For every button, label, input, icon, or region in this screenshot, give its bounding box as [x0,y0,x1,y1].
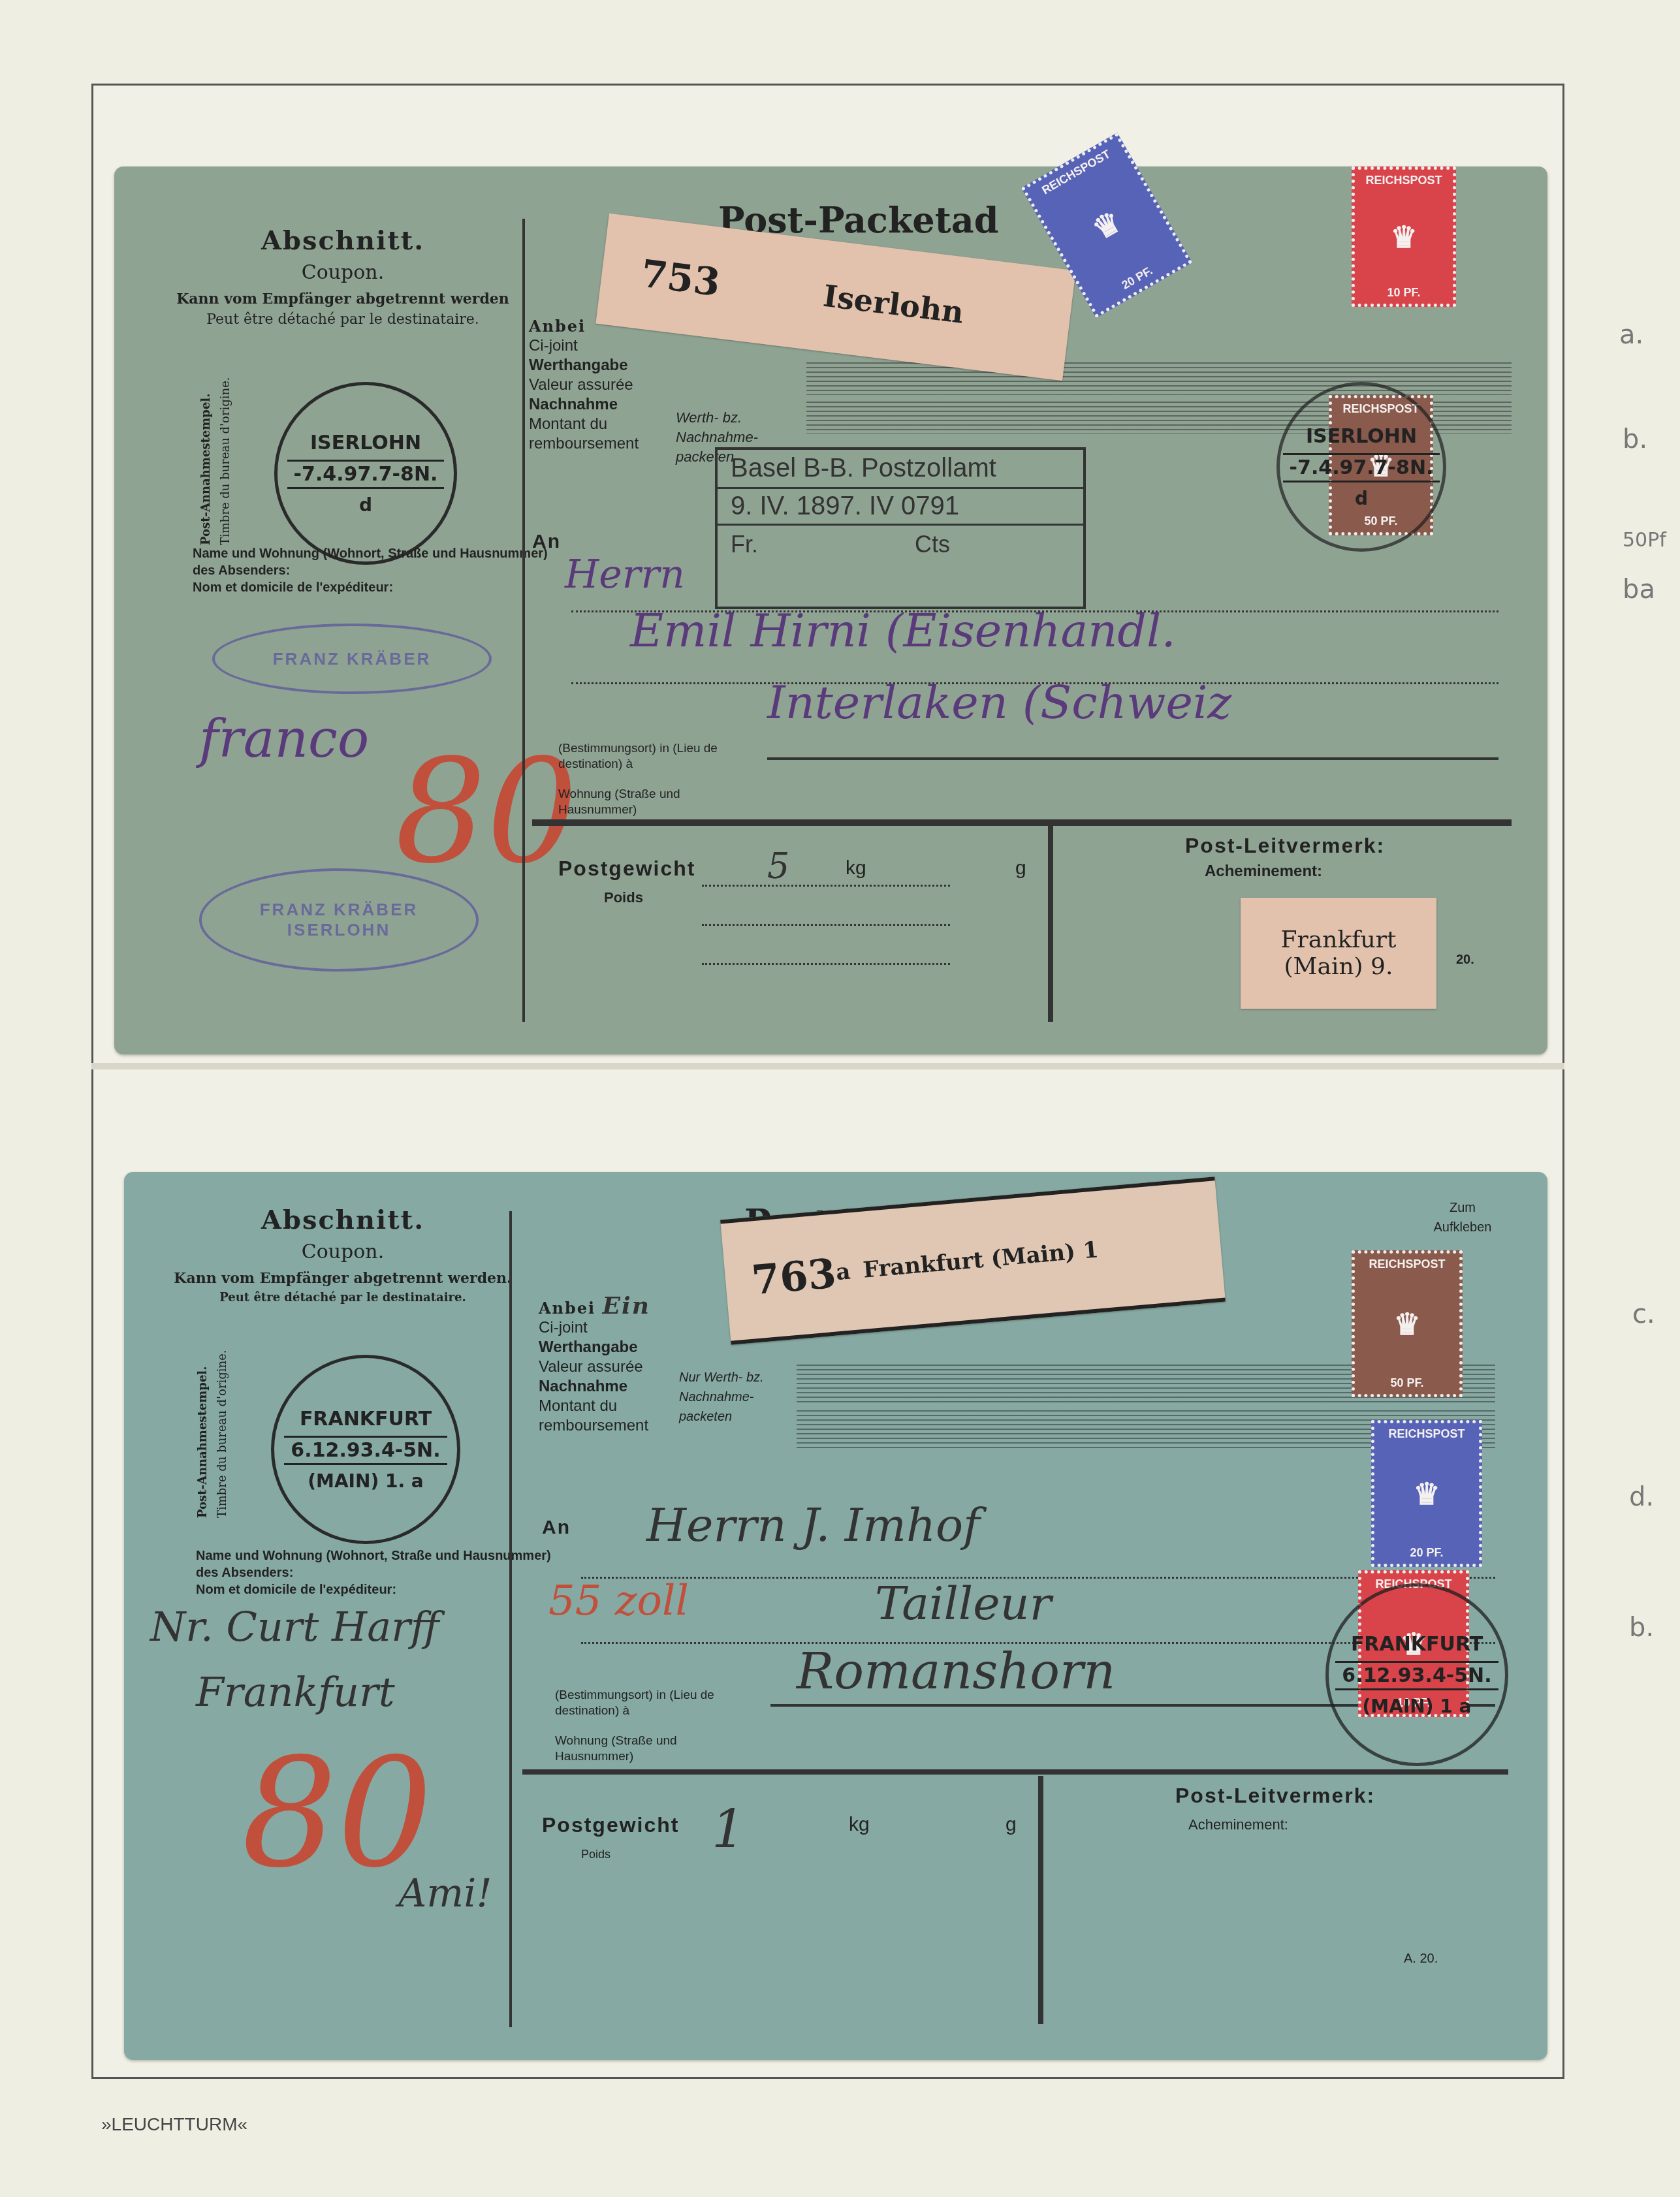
form-number: 20. [1456,950,1474,970]
sender-label: Name und Wohnung (Wohnort, Straße und Ha… [196,1547,562,1598]
annotation-b: b. [1623,424,1647,454]
sender-label: Name und Wohnung (Wohnort, Straße und Ha… [193,545,558,596]
page-divider [91,1063,1564,1069]
address-label: An [542,1518,571,1538]
annotation-b2: b. [1629,1613,1654,1643]
coupon-separator-line [522,219,525,1022]
coupon-heading: Abschnitt. [160,1205,526,1235]
destination-line [767,757,1498,760]
poids-label: Poids [604,888,643,908]
coupon-note-fr: Peut être détaché par le destinataire. [160,311,526,328]
parcel-number: 753 [639,251,722,305]
origin-postmark: FRANKFURT 6.12.93.4-5N. (MAIN) 1. a [271,1355,460,1544]
address-line-1 [571,610,1498,612]
stamp-10pf-red: REICHSPOST ♛ 10 PF. [1352,166,1456,307]
annotation-c: c. [1632,1299,1655,1329]
weight-line-2 [702,924,950,926]
weight-line-3 [702,963,950,965]
section-divider [532,819,1512,826]
annotation-ba: ba [1623,575,1655,605]
eagle-icon: ♛ [1393,1309,1420,1339]
werth-note: Nur Werth- bz. Nachnahme-packeten [679,1368,790,1427]
vertical-label-fr: Timbre du bureau d'origine. [219,362,232,545]
coupon-section: Abschnitt. Coupon. Kann vom Empfänger ab… [160,225,526,328]
coupon-subheading: Coupon. [160,1241,526,1263]
stamp-20pf-blue: REICHSPOST ♛ 20 PF. [1371,1420,1482,1567]
destination-label: (Bestimmungsort) in (Lieu de destination… [555,1688,751,1719]
red-crayon-mark: 80 [395,728,578,895]
stamp-cancel-postmark: FRANKFURT 6.12.93.4-5N. (MAIN) 1 a [1325,1583,1508,1766]
coupon-note-fr: Peut être détaché par le destinataire. [160,1291,526,1304]
vertical-label-fr: Timbre du bureau d'origine. [215,1329,229,1518]
parcel-card-iserlohn: Abschnitt. Coupon. Kann vom Empfänger ab… [114,166,1547,1054]
origin-postmark: ISERLOHN -7.4.97.7-8N. d [274,382,457,565]
leitvermerk-label: Post-Leitvermerk: [1175,1786,1375,1805]
sender-handwritten-1: Nr. Curt Harff [150,1603,439,1651]
corner-note: Zum Aufkleben [1423,1198,1502,1237]
parcel-number-suffix: a [834,1259,851,1286]
eagle-icon: ♛ [1413,1479,1440,1509]
parcel-card-frankfurt: Abschnitt. Coupon. Kann vom Empfänger ab… [124,1172,1547,2060]
routing-label: Frankfurt (Main) 9. [1241,898,1436,1009]
wohnung-label: Wohnung (Straße und Hausnummer) [558,787,754,818]
parcel-number: 763 [750,1249,838,1304]
destination-label: (Bestimmungsort) in (Lieu de destination… [558,741,754,772]
weight-unit-kg: kg [849,1815,870,1835]
recipient-line-1: Herrn [565,552,685,597]
postgewicht-label: Postgewicht [558,859,695,878]
sender-oval-stamp: FRANZ KRÄBER [212,624,492,694]
coupon-note-de: Kann vom Empfänger abgetrennt werden. [160,1270,526,1287]
value-fields-labels: Anbei Ein Ci-joint Werthangabe Valeur as… [539,1296,669,1436]
coupon-section: Abschnitt. Coupon. Kann vom Empfänger ab… [160,1205,526,1304]
value-fields-labels: Anbei Ci-joint Werthangabe Valeur assuré… [529,317,659,454]
address-label: An [532,532,561,552]
sender-handwritten-2: Frankfurt [196,1668,395,1716]
section-divider [522,1769,1508,1775]
stamp-cancel-postmark: ISERLOHN -7.4.97.7-8N. d [1276,382,1446,552]
label-town: Iserlohn [821,278,966,330]
annotation-50pf: 50Pf [1623,529,1666,552]
handwritten-mark: Ami! [398,1871,492,1916]
acheminement-label: Acheminement: [1188,1815,1288,1835]
weight-unit-kg: kg [846,859,866,878]
coupon-subheading: Coupon. [160,261,526,284]
address-line-2 [571,682,1498,684]
album-brand: »LEUCHTTURM« [101,2114,247,2135]
weight-line-1 [702,885,950,887]
vertical-label-de: Post-Annahmestempel. [199,362,213,545]
label-town: Frankfurt (Main) 1 [862,1237,1100,1283]
eagle-icon: ♛ [1088,206,1126,245]
coupon-note-de: Kann vom Empfänger abgetrennt werden [160,291,526,308]
leitvermerk-label: Post-Leitvermerk: [1185,836,1385,855]
recipient-line-2: Tailleur [875,1577,1051,1630]
weight-separator [1048,826,1053,1022]
poids-label: Poids [581,1844,610,1864]
weight-unit-g: g [1015,859,1026,878]
annotation-a: a. [1619,320,1643,350]
recipient-line-1: Herrn J. Imhof [646,1498,980,1552]
weight-value: 1 [712,1799,745,1859]
postgewicht-label: Postgewicht [542,1815,679,1835]
weight-separator [1038,1776,1043,2024]
wohnung-label: Wohnung (Straße und Hausnummer) [555,1733,751,1765]
weight-unit-g: g [1006,1815,1017,1835]
handwritten-franco: franco [199,708,369,769]
annotation-d: d. [1629,1482,1654,1512]
hatched-field-1 [806,362,1512,395]
zoll-note: 55 zoll [548,1577,689,1625]
eagle-icon: ♛ [1390,222,1417,252]
coupon-separator-line [509,1211,512,2027]
form-number: A. 20. [1404,1949,1438,1968]
vertical-label-de: Post-Annahmestempel. [196,1329,210,1518]
acheminement-label: Acheminement: [1205,862,1322,881]
coupon-heading: Abschnitt. [160,225,526,256]
stamp-50pf-brown: REICHSPOST ♛ 50 PF. [1352,1250,1463,1397]
customs-box-stamp: Basel B-B. Postzollamt 9. IV. 1897. IV 0… [715,447,1086,609]
weight-value: 5 [767,846,789,887]
recipient-line-3: Romanshorn [797,1642,1115,1700]
